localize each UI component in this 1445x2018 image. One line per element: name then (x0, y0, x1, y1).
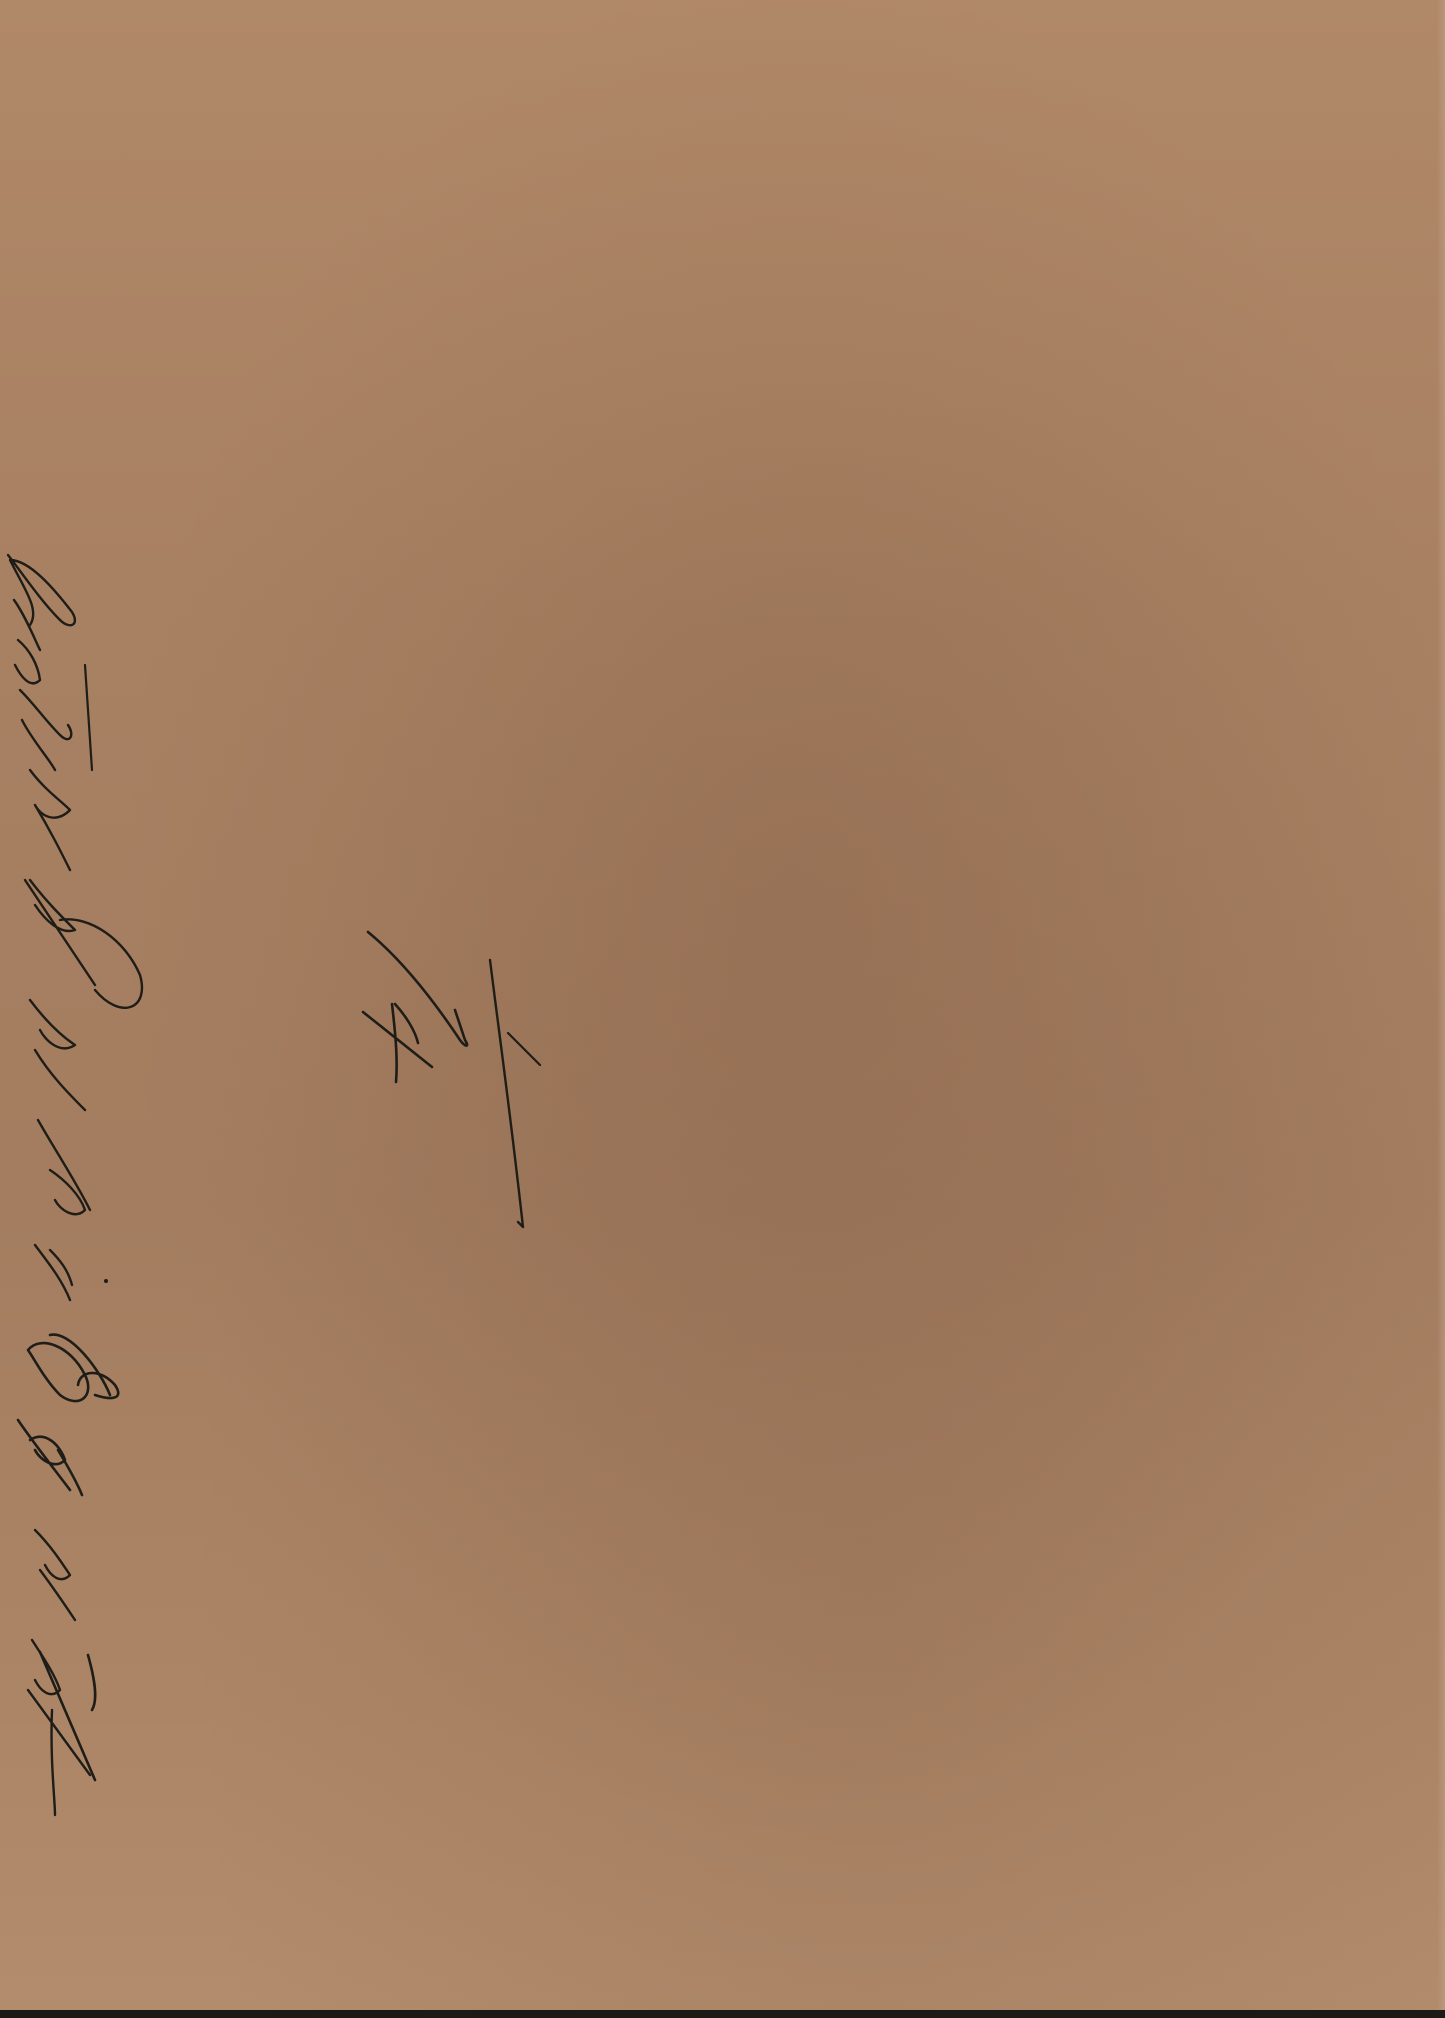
center-mark-strokes (363, 932, 540, 1227)
scan-border (0, 2010, 1445, 2018)
handwriting-layer (0, 0, 1445, 2018)
margin-inscription-strokes (8, 555, 142, 1815)
